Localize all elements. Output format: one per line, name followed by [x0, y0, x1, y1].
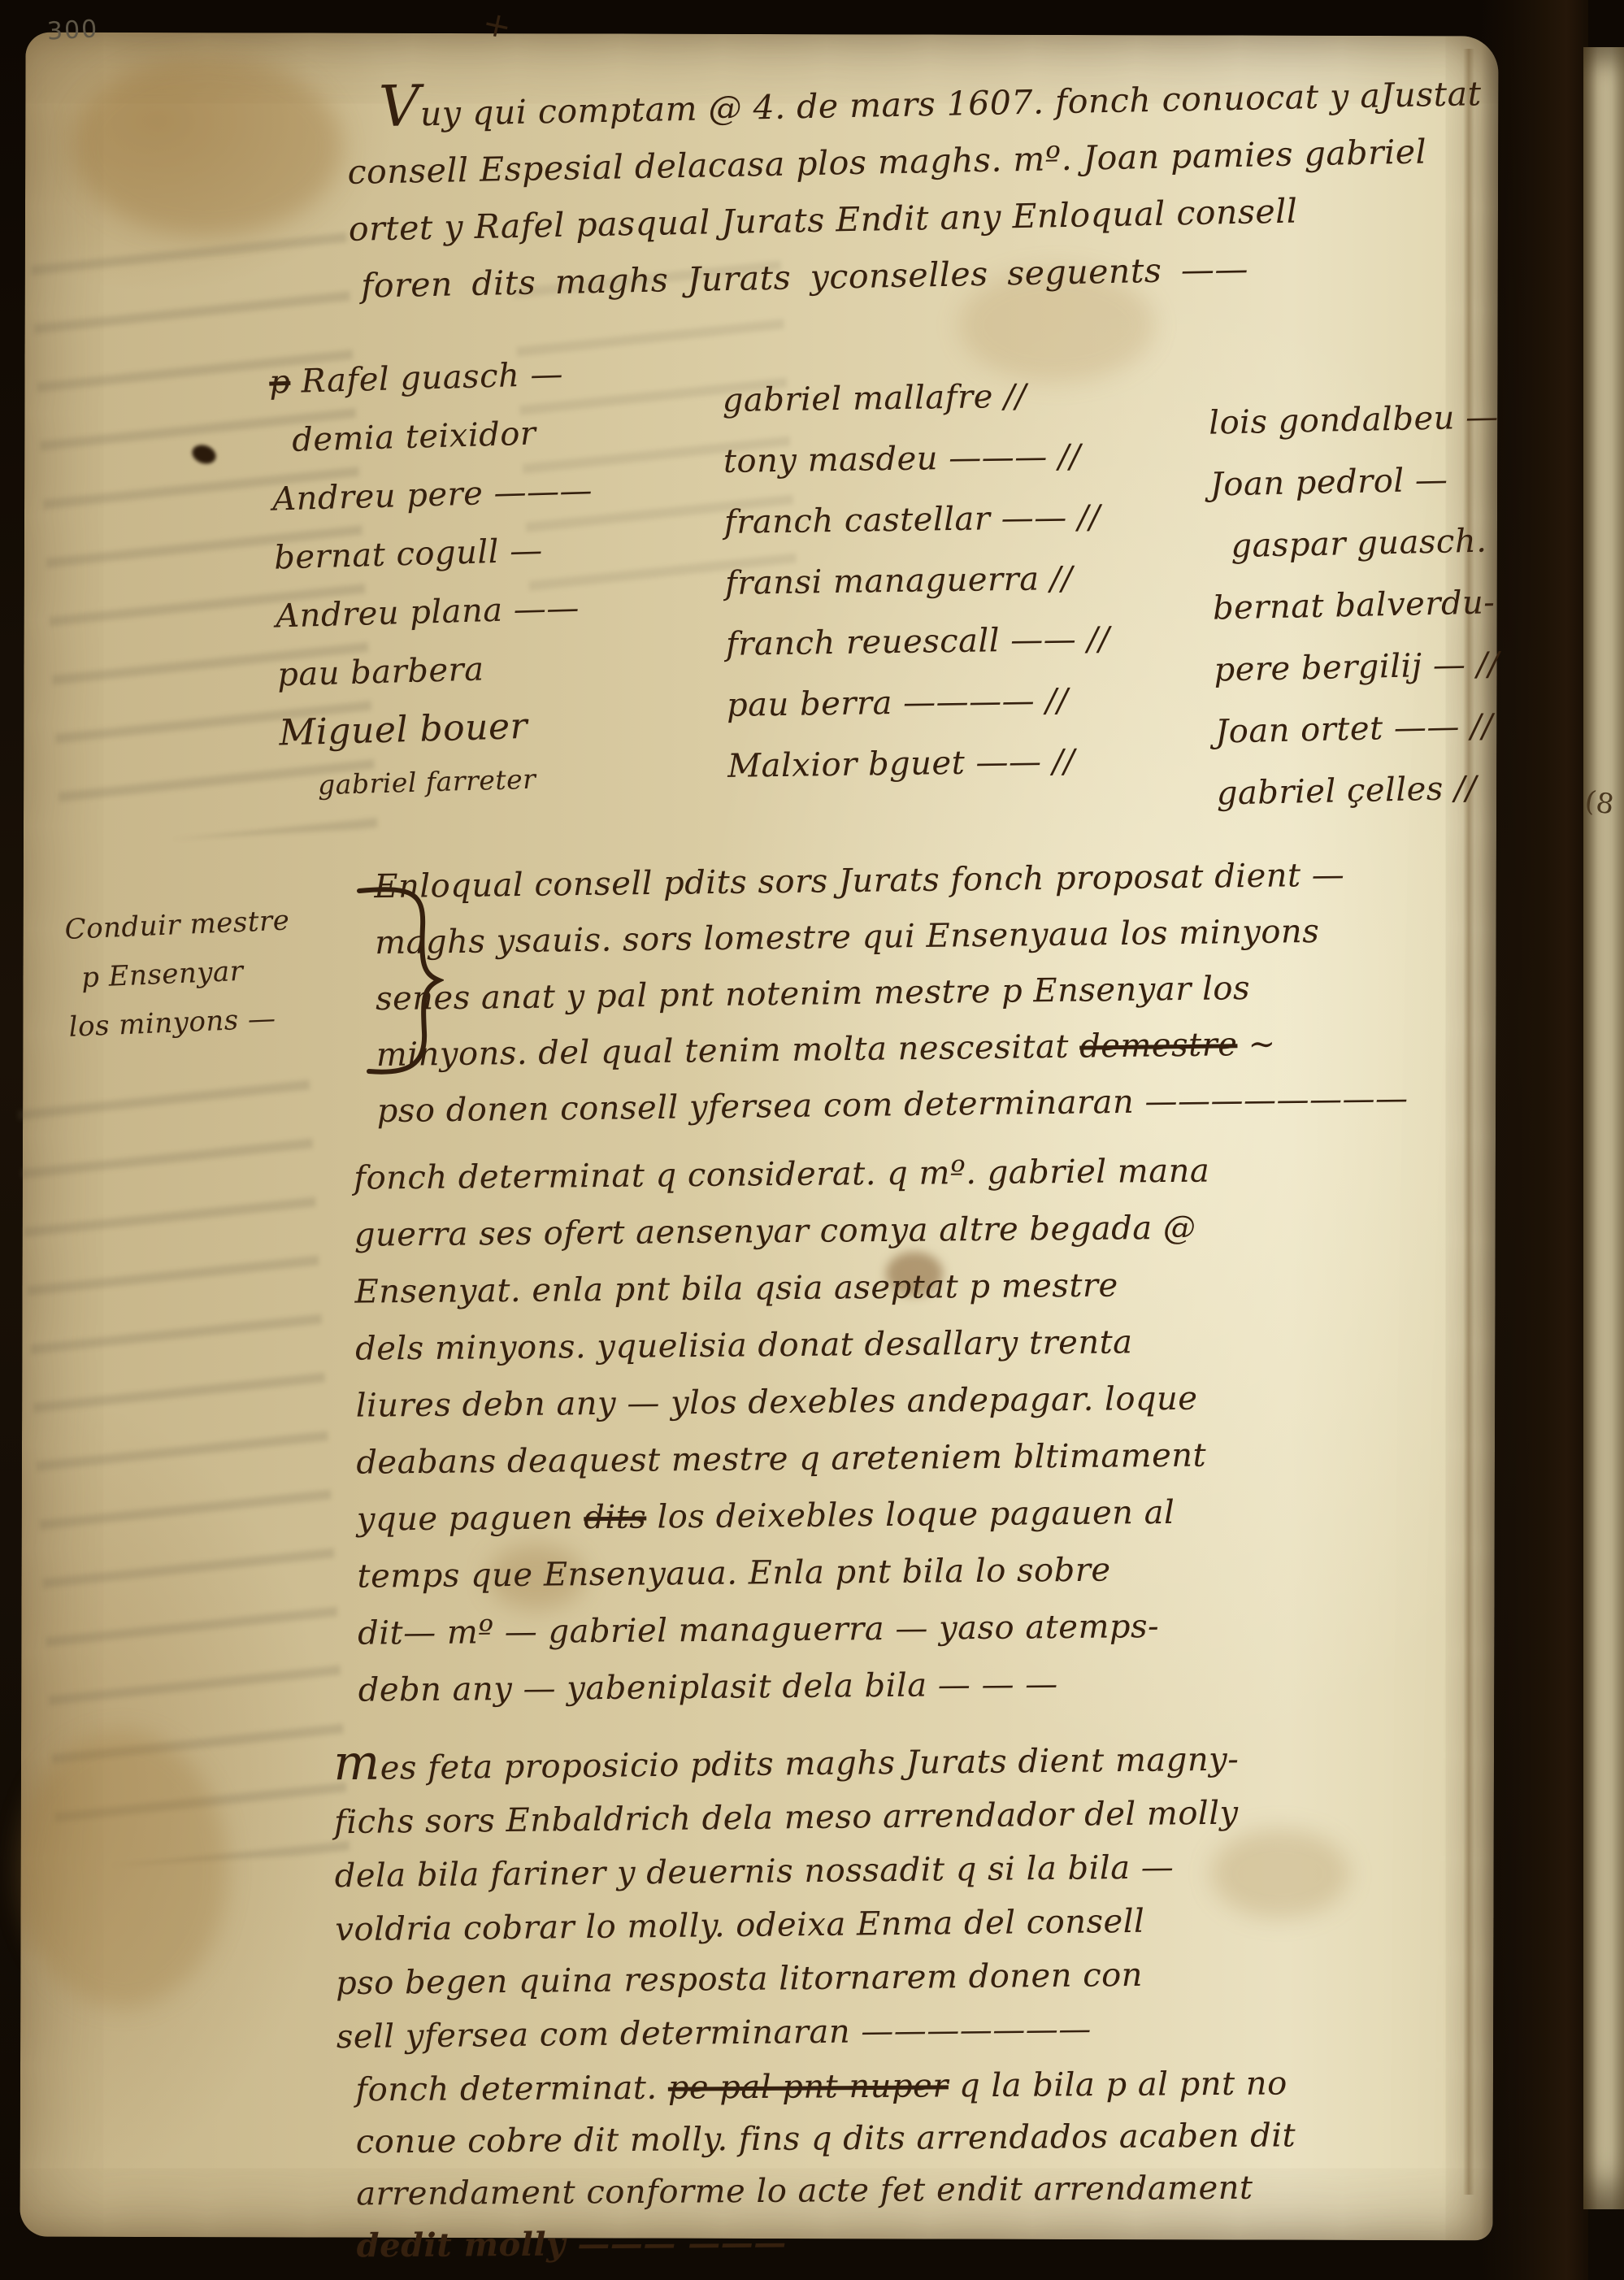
councillor-column-1: p Rafel guasch — demia teixidor Andreu p… [268, 343, 663, 810]
text-line: temps que Ensenyaua. Enla pnt bila lo so… [357, 1537, 1601, 1605]
councillor-name: pau barbera [276, 635, 660, 704]
councillor-name: Miguel bouer [278, 693, 662, 762]
text-line: dit— mº — gabriel managuerra — yaso atem… [358, 1594, 1602, 1661]
text-segment: los deixebles loque pagauen al [646, 1494, 1175, 1536]
text-line: fonch determinat. pe pal pnt nuper q la … [355, 2056, 1615, 2117]
paragraph-1: Enloqual consell pdits sors Jurats fonch… [374, 845, 1596, 1140]
councillor-name: pau berra ———— // [727, 669, 1183, 736]
edge-mark: (8 [1583, 784, 1617, 821]
paragraph-3: mes feta proposicio pdits maghs Jurats d… [333, 1723, 1613, 2064]
margin-note: Conduir mestre p Ensenyar los minyons — [63, 892, 378, 1052]
councillor-name: Joan ortet —— // [1214, 693, 1573, 762]
text-line: yque paguen dits los deixebles loque pag… [357, 1480, 1601, 1548]
paper-stain [16, 1731, 228, 2008]
manuscript-scan: 300 + (8 Vuy qui comptam @ 4. de mars 16… [0, 0, 1624, 2280]
paragraph-4: fonch determinat. pe pal pnt nuper q la … [355, 2056, 1617, 2273]
councillor-name: franch castellar —— // [723, 486, 1179, 554]
text-line: liures debn any — ylos dexebles andepaga… [355, 1366, 1600, 1434]
councillor-name: tony masdeu ——— // [723, 425, 1179, 493]
councillor-name: bernat balverdu- [1212, 570, 1570, 639]
councillor-name: p Rafel guasch — [268, 343, 652, 412]
councillor-name: demia teixidor [270, 402, 654, 471]
text-line: deabans deaquest mestre q areteniem blti… [356, 1423, 1600, 1491]
text-segment: minyons. del qual tenim molta nescesitat [376, 1028, 1080, 1075]
councillor-name: Andreu plana —— [275, 576, 658, 645]
struck-word: pe pal pnt nuper [668, 2067, 949, 2106]
text-line: debn any — yabeniplasit dela bila — — — [358, 1651, 1602, 1718]
councillor-name: franch reuescall —— // [726, 608, 1182, 675]
text-segment: fonch determinat. [355, 2069, 668, 2109]
councillor-name: Joan pedrol — [1209, 446, 1568, 515]
text-line: fonch determinat q considerat. q mº. gab… [354, 1139, 1598, 1206]
text-line: Ensenyat. enla pnt bila qsia aseptat p m… [354, 1253, 1599, 1320]
text-line: arrendament conforme lo acte fet endit a… [356, 2160, 1616, 2221]
councillor-name: gabriel mallafre // [722, 364, 1178, 432]
councillor-name: gabriel çelles // [1216, 755, 1574, 824]
struck-word: demestre [1079, 1026, 1238, 1065]
councillor-name: Malxior bguet —— // [727, 730, 1183, 797]
text-line: dels minyons. yquelisia donat desallary … [355, 1309, 1600, 1377]
text-segment: q la bila p al pnt no [949, 2065, 1287, 2104]
paper-stain [73, 57, 341, 236]
councillor-name: pere bergilij — // [1214, 632, 1572, 701]
text-line: guerra ses ofert aensenyar comya altre b… [354, 1196, 1599, 1263]
page-number: 300 [46, 15, 99, 46]
councillor-name: Andreu pere ——— [271, 459, 655, 528]
paragraph-2: fonch determinat q considerat. q mº. gab… [354, 1139, 1602, 1718]
councillor-name: lois gondalbeu — [1208, 384, 1566, 454]
showthrough-text [16, 1057, 350, 1868]
councillor-name: fransi managuerra // [725, 547, 1181, 615]
text-line: dedit molly ——— ——— [356, 2212, 1616, 2273]
text-segment: yque paguen [357, 1499, 584, 1538]
header-paragraph: Vuy qui comptam @ 4. de mars 1607. fonch… [345, 57, 1528, 315]
councillor-column-3: lois gondalbeu — Joan pedrol — gaspar gu… [1208, 384, 1574, 824]
text-line: conue cobre dit molly. fins q dits arren… [356, 2108, 1616, 2169]
councillor-name: bernat cogull — [273, 518, 657, 587]
name-text: Rafel guasch — [290, 356, 564, 401]
struck-word: dits [584, 1499, 646, 1537]
councillor-column-2: gabriel mallafre // tony masdeu ——— // f… [722, 364, 1183, 797]
councillor-name: gaspar guasch. [1211, 508, 1570, 577]
struck-word: p [269, 363, 291, 402]
text-segment: ~ [1237, 1026, 1276, 1064]
